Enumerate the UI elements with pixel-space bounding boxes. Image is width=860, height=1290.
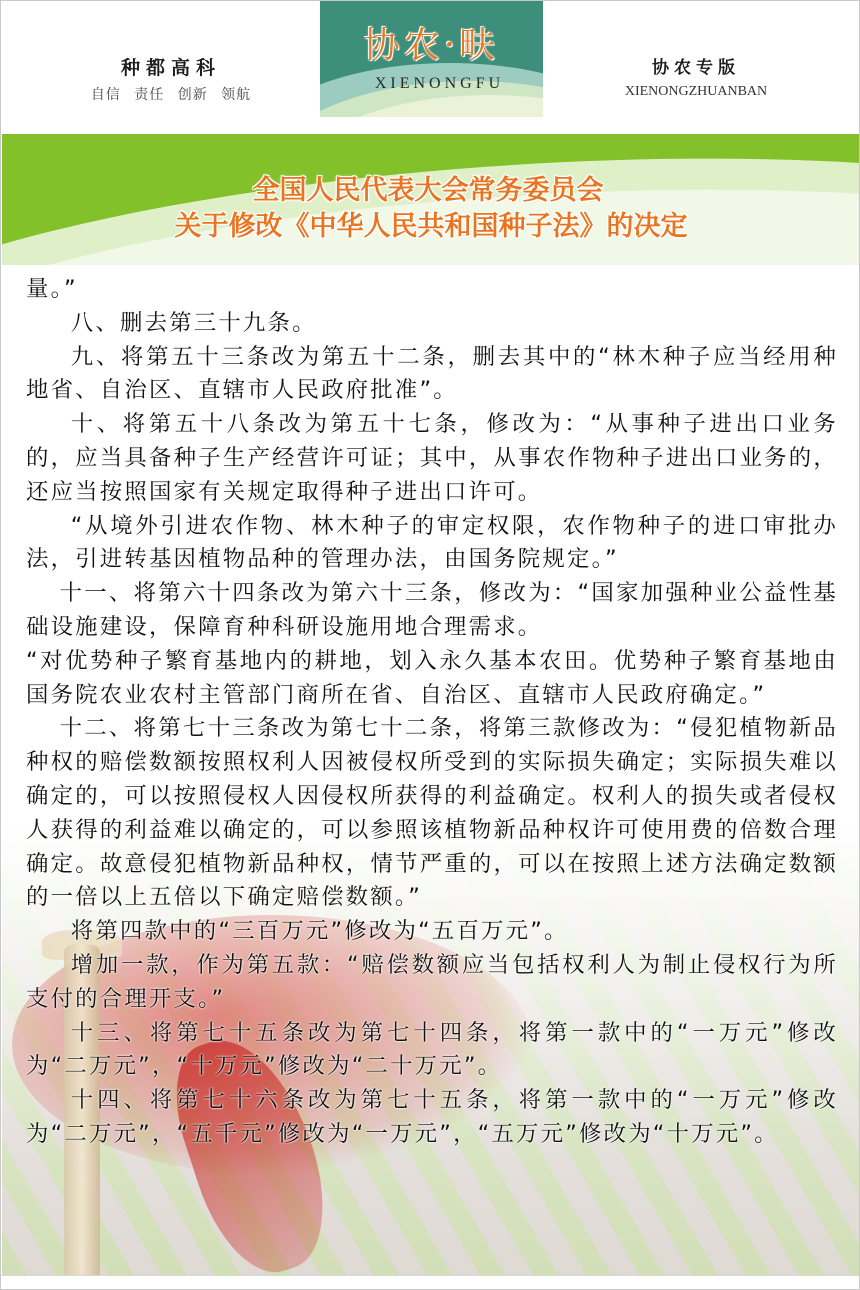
title-banner: 全国人民代表大会常务委员会 关于修改《中华人民共和国种子法》的决定	[2, 134, 860, 265]
logo-name: 协农·畉	[320, 17, 543, 68]
paragraph-item-9: 九、将第五十三条改为第五十二条，删去其中的“林木种子应当经用种地省、自治区、直辖…	[26, 341, 838, 409]
article-text: 量。” 八、删去第三十九条。 九、将第五十三条改为第五十二条，删去其中的“林木种…	[26, 273, 838, 1152]
header: 种都高科 自信 责任 创新 领航 协农·畉 XIENONGFU 协农专版 XIE…	[1, 1, 860, 133]
paragraph-item-14: 十四、将第七十六条改为第七十五条，将第一款中的“一万元”修改为“二万元”，“五千…	[26, 1084, 838, 1152]
paragraph-item-12-clause4: 将第四款中的“三百万元”修改为“五百万元”。	[26, 915, 838, 949]
banner-title-line2: 关于修改《中华人民共和国种子法》的决定	[2, 204, 860, 243]
article-body: 量。” 八、删去第三十九条。 九、将第五十三条改为第五十二条，删去其中的“林木种…	[2, 265, 860, 1275]
bottom-border	[1, 1275, 860, 1290]
paragraph-item-11: 十一、将第六十四条改为第六十三条，修改为：“国家加强种业公益性基础设施建设，保障…	[26, 577, 838, 645]
paragraph-item-10: 十、将第五十八条改为第五十七条，修改为：“从事种子进出口业务的，应当具备种子生产…	[26, 408, 838, 509]
left-brand-title: 种都高科	[71, 53, 271, 80]
paragraph-item-12-clause5: 增加一款，作为第五款：“赔偿数额应当包括权利人为制止侵权行为所支付的合理开支。”	[26, 949, 838, 1017]
right-brand-title: 协农专版	[586, 53, 806, 78]
paragraph-item-10-cont: “从境外引进农作物、林木种子的审定权限，农作物种子的进口审批办法，引进转基因植物…	[26, 510, 838, 578]
left-brand: 种都高科 自信 责任 创新 领航	[71, 53, 271, 104]
left-brand-slogan: 自信 责任 创新 领航	[71, 84, 271, 104]
paragraph-item-11-cont: “对优势种子繁育基地内的耕地，划入永久基本农田。优势种子繁育基地由国务院农业农村…	[26, 645, 838, 713]
logo-pinyin: XIENONGFU	[320, 75, 543, 93]
paragraph-item-13: 十三、将第七十五条改为第七十四条，将第一款中的“一万元”修改为“二万元”，“十万…	[26, 1017, 838, 1085]
paragraph: 量。”	[26, 273, 838, 307]
right-brand-subtitle: XIENONGZHUANBAN	[586, 84, 806, 100]
right-brand: 协农专版 XIENONGZHUANBAN	[586, 53, 806, 100]
banner-title-line1: 全国人民代表大会常务委员会	[2, 168, 860, 207]
logo: 协农·畉 XIENONGFU	[320, 1, 543, 117]
paragraph-item-12: 十二、将第七十三条改为第七十二条，将第三款修改为：“侵犯植物新品种权的赔偿数额按…	[26, 712, 838, 915]
poster-frame: 种都高科 自信 责任 创新 领航 协农·畉 XIENONGFU 协农专版 XIE…	[0, 0, 860, 1290]
paragraph-item-8: 八、删去第三十九条。	[26, 307, 838, 341]
